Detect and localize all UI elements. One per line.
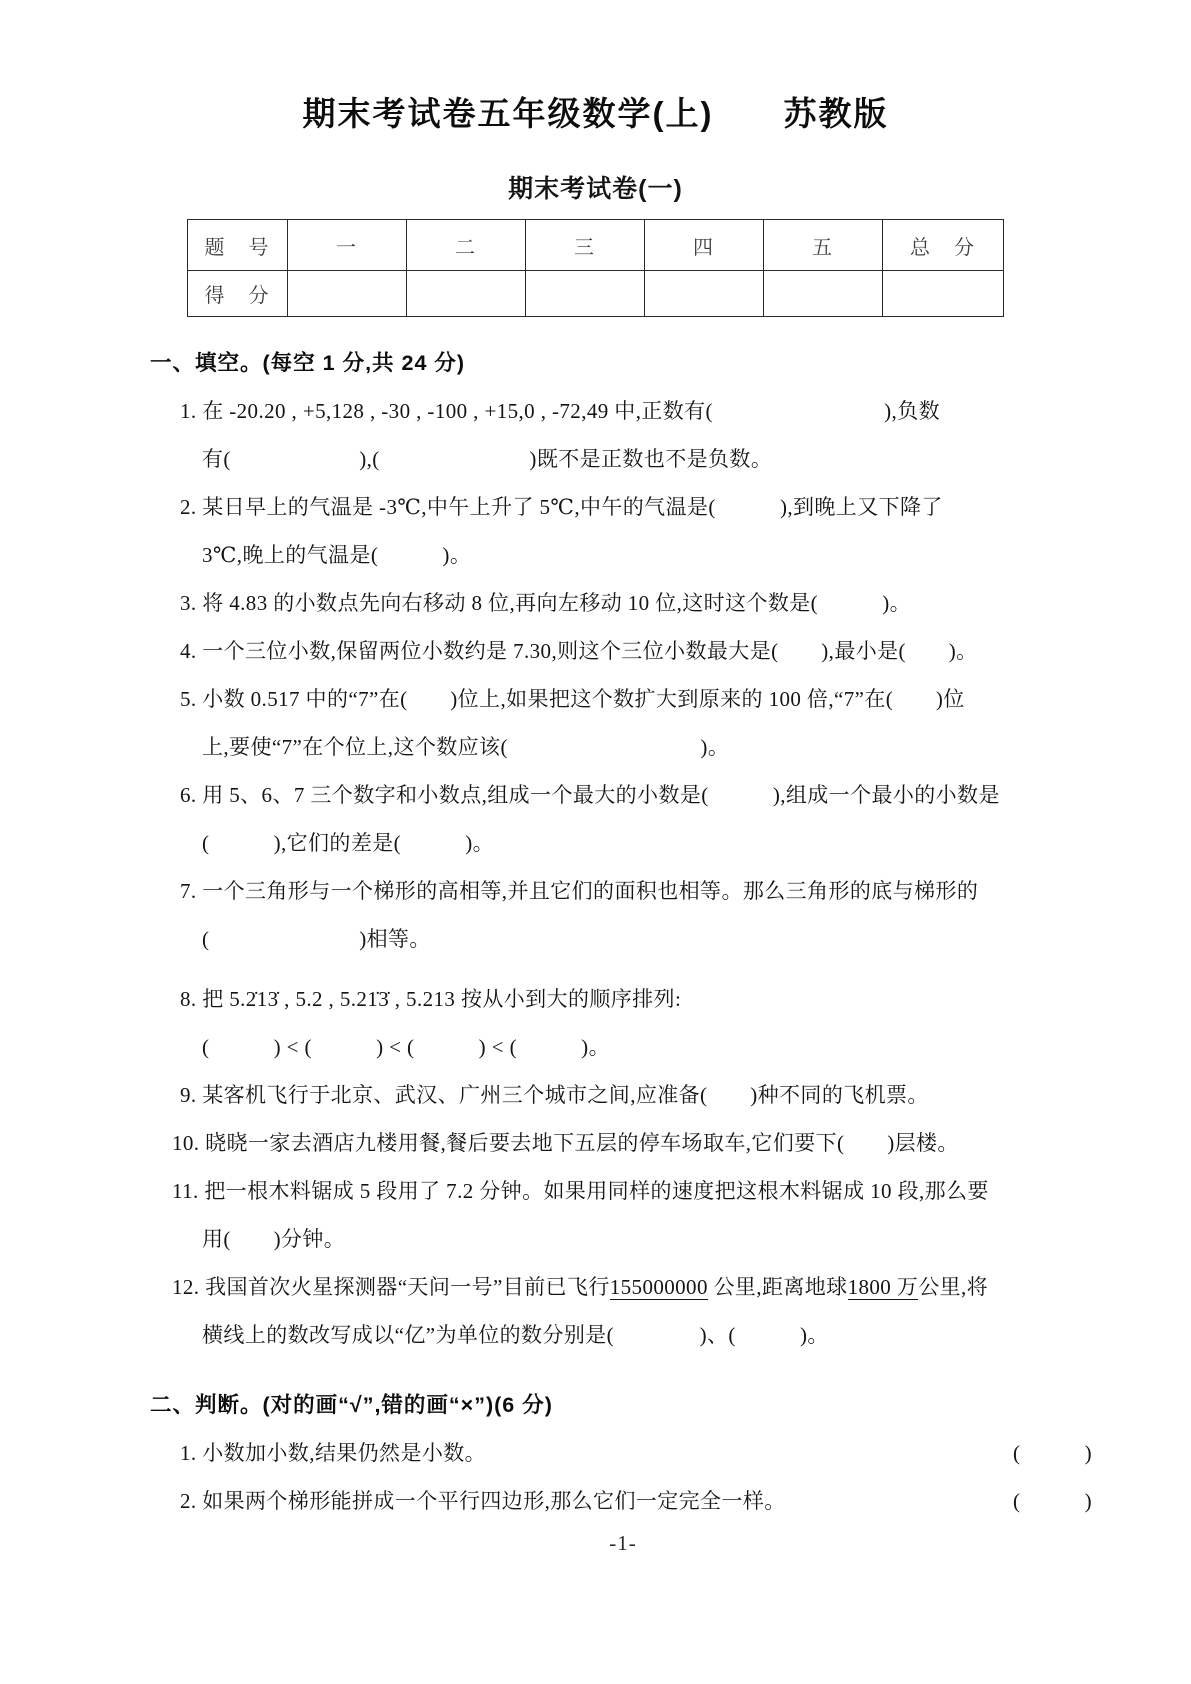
exam-paper-page: 期末考试卷五年级数学(上) 苏教版 期末考试卷(一) 题 号 一 二 三 四 五…: [0, 0, 1191, 1684]
section-fill-heading: 一、填空。(每空 1 分,共 24 分): [150, 339, 1096, 387]
section-judge-heading: 二、判断。(对的画“√”,错的画“×”)(6 分): [150, 1381, 1096, 1429]
score-cell-empty: [288, 271, 407, 317]
question-5-line-1: 5. 小数 0.517 中的“7”在( )位上,如果把这个数扩大到原来的 100…: [150, 675, 1096, 723]
question-3-line-1: 3. 将 4.83 的小数点先向右移动 8 位,再向左移动 10 位,这时这个数…: [150, 579, 1096, 627]
score-table-header-col3: 三: [526, 220, 645, 271]
exam-body: 一、填空。(每空 1 分,共 24 分) 1. 在 -20.20 , +5,12…: [0, 339, 1191, 1556]
question-6-line-2: ( ),它们的差是( )。: [150, 819, 1096, 867]
score-cell-empty: [883, 271, 1004, 317]
judge-question-1-blank: ( ): [1013, 1429, 1096, 1477]
exam-subtitle: 期末考试卷(一): [0, 169, 1191, 205]
judge-question-1: 1. 小数加小数,结果仍然是小数。 ( ): [150, 1429, 1096, 1477]
question-12-line-1: 12. 我国首次火星探测器“天问一号”目前已飞行155000000 公里,距离地…: [150, 1263, 1096, 1311]
score-cell-empty: [764, 271, 883, 317]
score-table-header-total: 总 分: [883, 220, 1004, 271]
score-row-label: 得 分: [188, 271, 288, 317]
judge-question-2-text: 2. 如果两个梯形能拼成一个平行四边形,那么它们一定完全一样。: [180, 1477, 786, 1525]
question-5-line-2: 上,要使“7”在个位上,这个数应该( )。: [150, 723, 1096, 771]
question-11-line-1: 11. 把一根木料锯成 5 段用了 7.2 分钟。如果用同样的速度把这根木料锯成…: [150, 1167, 1096, 1215]
judge-question-1-text: 1. 小数加小数,结果仍然是小数。: [180, 1429, 486, 1477]
question-9-line-1: 9. 某客机飞行于北京、武汉、广州三个城市之间,应准备( )种不同的飞机票。: [150, 1071, 1096, 1119]
underlined-number-155000000: 155000000: [610, 1275, 708, 1300]
question-2-line-2: 3℃,晚上的气温是( )。: [150, 531, 1096, 579]
question-12-text-prefix: 12. 我国首次火星探测器“天问一号”目前已飞行: [172, 1275, 610, 1299]
page-number: -1-: [150, 1531, 1096, 1556]
question-8-line-1: 8. 把 5.2̇13̇ , 5.2 , 5.21̇3̇ , 5.213 按从小…: [150, 975, 1096, 1023]
question-4-line-1: 4. 一个三位小数,保留两位小数约是 7.30,则这个三位小数最大是( ),最小…: [150, 627, 1096, 675]
question-6-line-1: 6. 用 5、6、7 三个数字和小数点,组成一个最大的小数是( ),组成一个最小…: [150, 771, 1096, 819]
question-12-text-middle: 公里,距离地球: [708, 1275, 848, 1299]
score-cell-empty: [407, 271, 526, 317]
question-11-line-2: 用( )分钟。: [150, 1215, 1096, 1263]
score-table: 题 号 一 二 三 四 五 总 分 得 分: [187, 219, 1004, 317]
question-1-line-2: 有( ),( )既不是正数也不是负数。: [150, 435, 1096, 483]
score-table-header-label: 题 号: [188, 220, 288, 271]
question-12-line-2: 横线上的数改写成以“亿”为单位的数分别是( )、( )。: [150, 1311, 1096, 1359]
page-title: 期末考试卷五年级数学(上) 苏教版: [0, 0, 1191, 135]
score-table-header-col1: 一: [288, 220, 407, 271]
question-8-line-2: ( ) < ( ) < ( ) < ( )。: [150, 1023, 1096, 1071]
score-table-header-col2: 二: [407, 220, 526, 271]
underlined-number-1800wan: 1800 万: [848, 1275, 919, 1300]
question-10-line-1: 10. 晓晓一家去酒店九楼用餐,餐后要去地下五层的停车场取车,它们要下( )层楼…: [150, 1119, 1096, 1167]
question-1-line-1: 1. 在 -20.20 , +5,128 , -30 , -100 , +15,…: [150, 387, 1096, 435]
score-cell-empty: [645, 271, 764, 317]
question-7-line-2: ( )相等。: [150, 915, 1096, 963]
score-cell-empty: [526, 271, 645, 317]
question-2-line-1: 2. 某日早上的气温是 -3℃,中午上升了 5℃,中午的气温是( ),到晚上又下…: [150, 483, 1096, 531]
question-7-line-1: 7. 一个三角形与一个梯形的高相等,并且它们的面积也相等。那么三角形的底与梯形的: [150, 867, 1096, 915]
judge-question-2: 2. 如果两个梯形能拼成一个平行四边形,那么它们一定完全一样。 ( ): [150, 1477, 1096, 1525]
score-table-header-col5: 五: [764, 220, 883, 271]
question-12-text-suffix: 公里,将: [918, 1275, 988, 1299]
judge-question-2-blank: ( ): [1013, 1477, 1096, 1525]
score-table-header-col4: 四: [645, 220, 764, 271]
